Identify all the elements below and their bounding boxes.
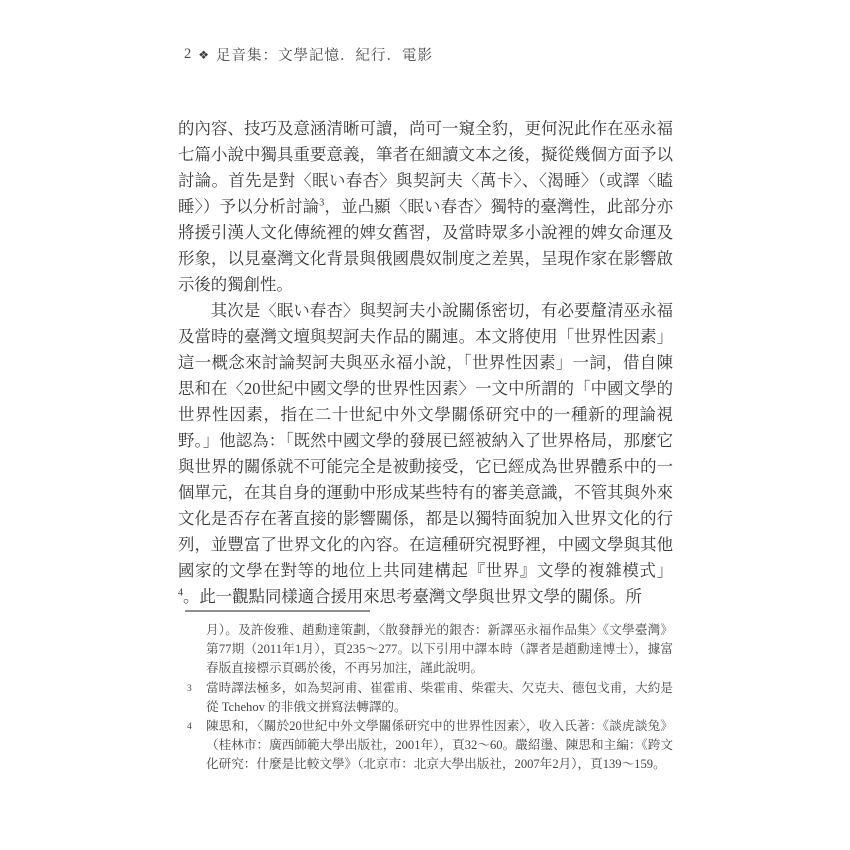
footnote-text: 陳思和，〈關於20世紀中外文學關係研究中的世界性因素〉，收入氏著：《談虎談兔》（… [206,719,673,771]
running-head-title: 足音集：文學記憶．紀行．電影 [216,44,433,65]
footnote-continuation: 月）。及許俊雅、趙勳達策劃，〈散發靜光的銀杏：新譯巫永福作品集〉《文學臺灣》第7… [185,621,673,679]
paragraph-1: 的內容、技巧及意涵清晰可讀，尚可一窺全豹，更何況此作在巫永福七篇小說中獨具重要意… [178,116,673,298]
footnote-4: 4 陳思和，〈關於20世紀中外文學關係研究中的世界性因素〉，收入氏著：《談虎談兔… [185,717,673,775]
page-number: 2 [184,46,192,63]
book-page: 2 ❖ 足音集：文學記憶．紀行．電影 的內容、技巧及意涵清晰可讀，尚可一窺全豹，… [0,0,850,850]
footnote-text: 當時譯法極多，如為契訶甫、崔霍甫、柴霍甫、柴霍夫、欠克夫、德包戈甫，大約是從 T… [206,681,673,714]
paragraph-2-text-cont: 。此一觀點同樣適合援用來思考臺灣文學與世界文學的關係。所 [183,587,642,606]
footnote-marker: 4 [187,718,192,737]
footnote-3: 3 當時譯法極多，如為契訶甫、崔霍甫、柴霍甫、柴霍夫、欠克夫、德包戈甫，大約是從… [185,679,673,717]
footnote-text: 月）。及許俊雅、趙勳達策劃，〈散發靜光的銀杏：新譯巫永福作品集〉《文學臺灣》第7… [206,623,673,675]
diamond-ornament-icon: ❖ [198,48,210,63]
body-text: 的內容、技巧及意涵清晰可讀，尚可一窺全豹，更何況此作在巫永福七篇小說中獨具重要意… [178,116,673,610]
footnote-marker: 3 [187,680,192,699]
footnote-separator [185,610,370,612]
footnotes-section: 月）。及許俊雅、趙勳達策劃，〈散發靜光的銀杏：新譯巫永福作品集〉《文學臺灣》第7… [185,610,673,775]
running-head: 2 ❖ 足音集：文學記憶．紀行．電影 [184,44,433,65]
paragraph-2: 其次是〈眠い春杏〉與契訶夫小說關係密切，有必要釐清巫永福及當時的臺灣文壇與契訶夫… [178,298,673,610]
paragraph-2-text: 其次是〈眠い春杏〉與契訶夫小說關係密切，有必要釐清巫永福及當時的臺灣文壇與契訶夫… [178,301,673,580]
